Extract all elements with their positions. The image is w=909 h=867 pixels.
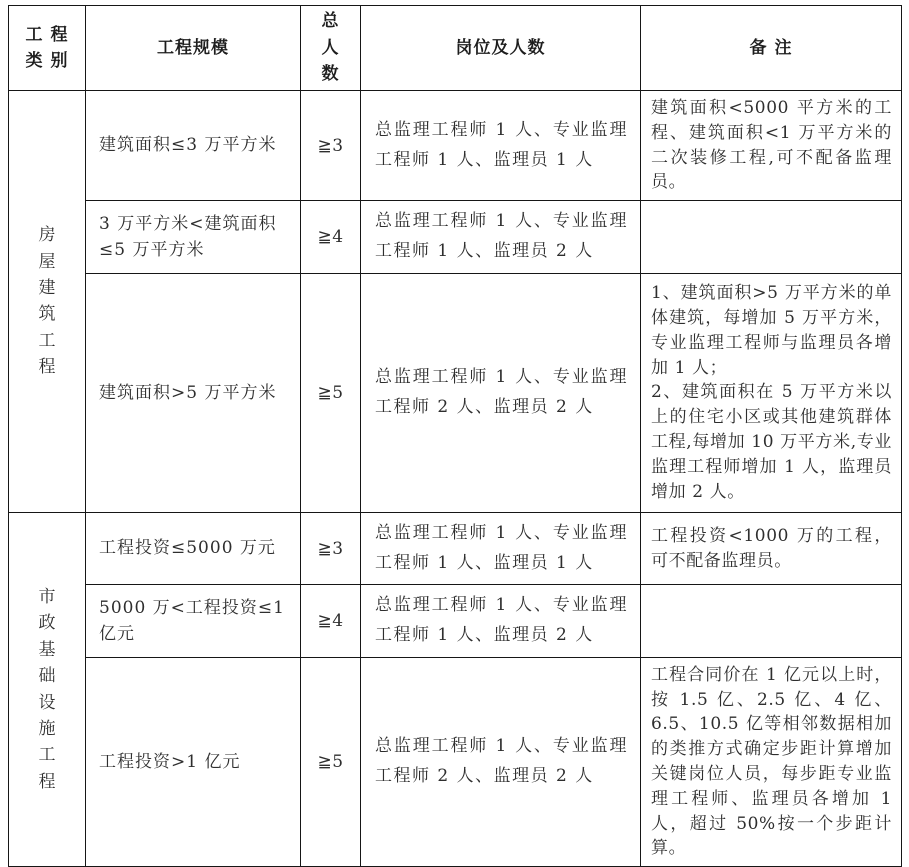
header-row: 工 程 类 别 工程规模 总 人 数 岗位及人数 备 注 <box>9 6 902 91</box>
total-cell: ≧3 <box>301 91 361 201</box>
staffing-table: 工 程 类 别 工程规模 总 人 数 岗位及人数 备 注 房屋建筑工程 建筑面积… <box>8 5 902 867</box>
table-row: 5000 万<工程投资≤1 亿元 ≧4 总监理工程师 1 人、专业监理工程师 1… <box>9 585 902 658</box>
scale-cell: 3 万平方米<建筑面积≤5 万平方米 <box>86 201 301 274</box>
total-cell: ≧3 <box>301 512 361 585</box>
remark-cell: 工程投资<1000 万的工程，可不配备监理员。 <box>641 512 902 585</box>
scale-cell: 建筑面积≤3 万平方米 <box>86 91 301 201</box>
total-cell: ≧5 <box>301 657 361 867</box>
table-row: 3 万平方米<建筑面积≤5 万平方米 ≧4 总监理工程师 1 人、专业监理工程师… <box>9 201 902 274</box>
total-cell: ≧5 <box>301 273 361 512</box>
positions-cell: 总监理工程师 1 人、专业监理工程师 1 人、监理员 2 人 <box>361 585 641 658</box>
table-row: 建筑面积>5 万平方米 ≧5 总监理工程师 1 人、专业监理工程师 2 人、监理… <box>9 273 902 512</box>
header-scale: 工程规模 <box>86 6 301 91</box>
category-label: 市政基础设施工程 <box>36 584 57 795</box>
category-label: 房屋建筑工程 <box>36 222 57 380</box>
positions-cell: 总监理工程师 1 人、专业监理工程师 1 人、监理员 1 人 <box>361 91 641 201</box>
total-cell: ≧4 <box>301 201 361 274</box>
table-row: 工程投资>1 亿元 ≧5 总监理工程师 1 人、专业监理工程师 2 人、监理员 … <box>9 657 902 867</box>
header-positions: 岗位及人数 <box>361 6 641 91</box>
scale-cell: 建筑面积>5 万平方米 <box>86 273 301 512</box>
remark-cell <box>641 585 902 658</box>
header-total: 总 人 数 <box>301 6 361 91</box>
scale-cell: 工程投资≤5000 万元 <box>86 512 301 585</box>
category-cell-building: 房屋建筑工程 <box>9 91 86 513</box>
positions-cell: 总监理工程师 1 人、专业监理工程师 1 人、监理员 1 人 <box>361 512 641 585</box>
remark-cell: 建筑面积<5000 平方米的工程、建筑面积<1 万平方米的二次装修工程,可不配备… <box>641 91 902 201</box>
table-row: 房屋建筑工程 建筑面积≤3 万平方米 ≧3 总监理工程师 1 人、专业监理工程师… <box>9 91 902 201</box>
header-category: 工 程 类 别 <box>9 6 86 91</box>
positions-cell: 总监理工程师 1 人、专业监理工程师 2 人、监理员 2 人 <box>361 273 641 512</box>
header-remark: 备 注 <box>641 6 902 91</box>
scale-cell: 工程投资>1 亿元 <box>86 657 301 867</box>
positions-cell: 总监理工程师 1 人、专业监理工程师 2 人、监理员 2 人 <box>361 657 641 867</box>
category-cell-municipal: 市政基础设施工程 <box>9 512 86 867</box>
document-page: 工 程 类 别 工程规模 总 人 数 岗位及人数 备 注 房屋建筑工程 建筑面积… <box>0 0 909 841</box>
table-row: 市政基础设施工程 工程投资≤5000 万元 ≧3 总监理工程师 1 人、专业监理… <box>9 512 902 585</box>
total-cell: ≧4 <box>301 585 361 658</box>
scale-cell: 5000 万<工程投资≤1 亿元 <box>86 585 301 658</box>
positions-cell: 总监理工程师 1 人、专业监理工程师 1 人、监理员 2 人 <box>361 201 641 274</box>
remark-cell: 1、建筑面积>5 万平方米的单体建筑，每增加 5 万平方米，专业监理工程师与监理… <box>641 273 902 512</box>
remark-cell: 工程合同价在 1 亿元以上时，按 1.5 亿、2.5 亿、4 亿、6.5、10.… <box>641 657 902 867</box>
remark-cell <box>641 201 902 274</box>
